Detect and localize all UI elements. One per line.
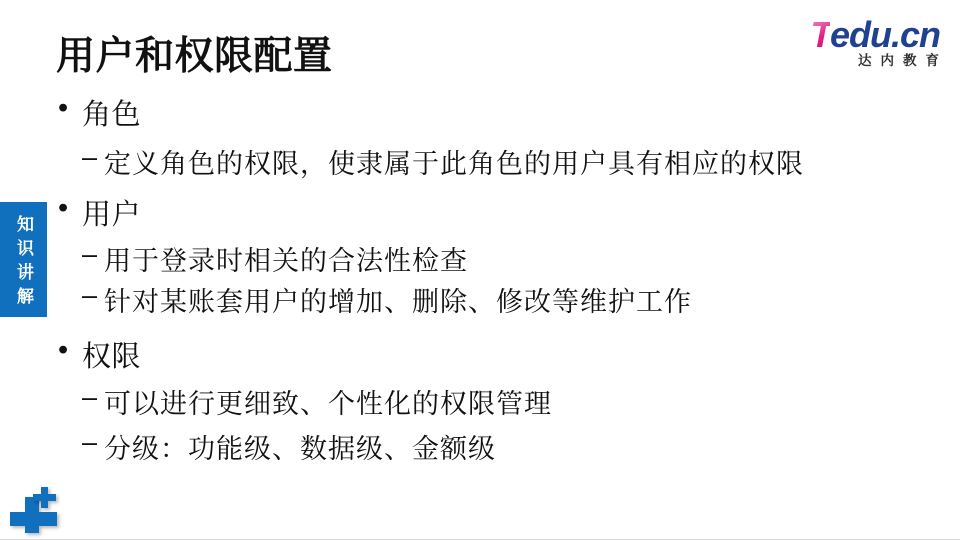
- dash-marker-icon: –: [82, 382, 104, 413]
- knowledge-tab-label: 知识讲解: [15, 215, 32, 311]
- dash-marker-icon: –: [82, 427, 104, 458]
- sub-bullet-role-1: – 定义角色的权限，使隶属于此角色的用户具有相应的权限: [82, 142, 804, 181]
- bullet-dot-icon: •: [58, 192, 82, 225]
- bullet-dot-icon: •: [58, 92, 82, 125]
- brand-t-glyph: T: [810, 14, 830, 55]
- bullet-item-user: • 用户: [58, 192, 141, 233]
- bullet-dot-icon: •: [58, 334, 82, 367]
- sub-bullet-text: 定义角色的权限，使隶属于此角色的用户具有相应的权限: [104, 142, 804, 181]
- sub-bullet-user-2: – 针对某账套用户的增加、删除、修改等维护工作: [82, 280, 692, 319]
- sub-bullet-text: 针对某账套用户的增加、删除、修改等维护工作: [104, 280, 692, 319]
- knowledge-tab: 知识讲解: [0, 202, 47, 317]
- slide: 用户和权限配置 Tedu.cn 达内教育 知识讲解 • 角色 – 定义角色的权限…: [0, 0, 960, 540]
- dash-marker-icon: –: [82, 239, 104, 270]
- sub-bullet-text: 可以进行更细致、个性化的权限管理: [104, 382, 552, 421]
- sub-bullet-permission-1: – 可以进行更细致、个性化的权限管理: [82, 382, 552, 421]
- page-title: 用户和权限配置: [56, 25, 333, 81]
- bullet-label: 权限: [82, 334, 141, 375]
- brand-wordmark: Tedu.cn: [810, 17, 940, 53]
- bullet-item-role: • 角色: [58, 92, 141, 133]
- dash-marker-icon: –: [82, 280, 104, 311]
- brand-rest: edu.cn: [830, 14, 940, 55]
- plus-logo-small-icon: [33, 487, 56, 508]
- bullet-label: 角色: [82, 92, 141, 133]
- brand-tagline: 达内教育: [810, 54, 948, 68]
- sub-bullet-permission-2: – 分级：功能级、数据级、金额级: [82, 427, 496, 466]
- sub-bullet-text: 分级：功能级、数据级、金额级: [104, 427, 496, 466]
- brand-logo: Tedu.cn 达内教育: [810, 17, 940, 68]
- sub-bullet-text: 用于登录时相关的合法性检查: [104, 239, 468, 278]
- bullet-item-permission: • 权限: [58, 334, 141, 375]
- sub-bullet-user-1: – 用于登录时相关的合法性检查: [82, 239, 468, 278]
- bullet-label: 用户: [82, 192, 141, 233]
- dash-marker-icon: –: [82, 142, 104, 173]
